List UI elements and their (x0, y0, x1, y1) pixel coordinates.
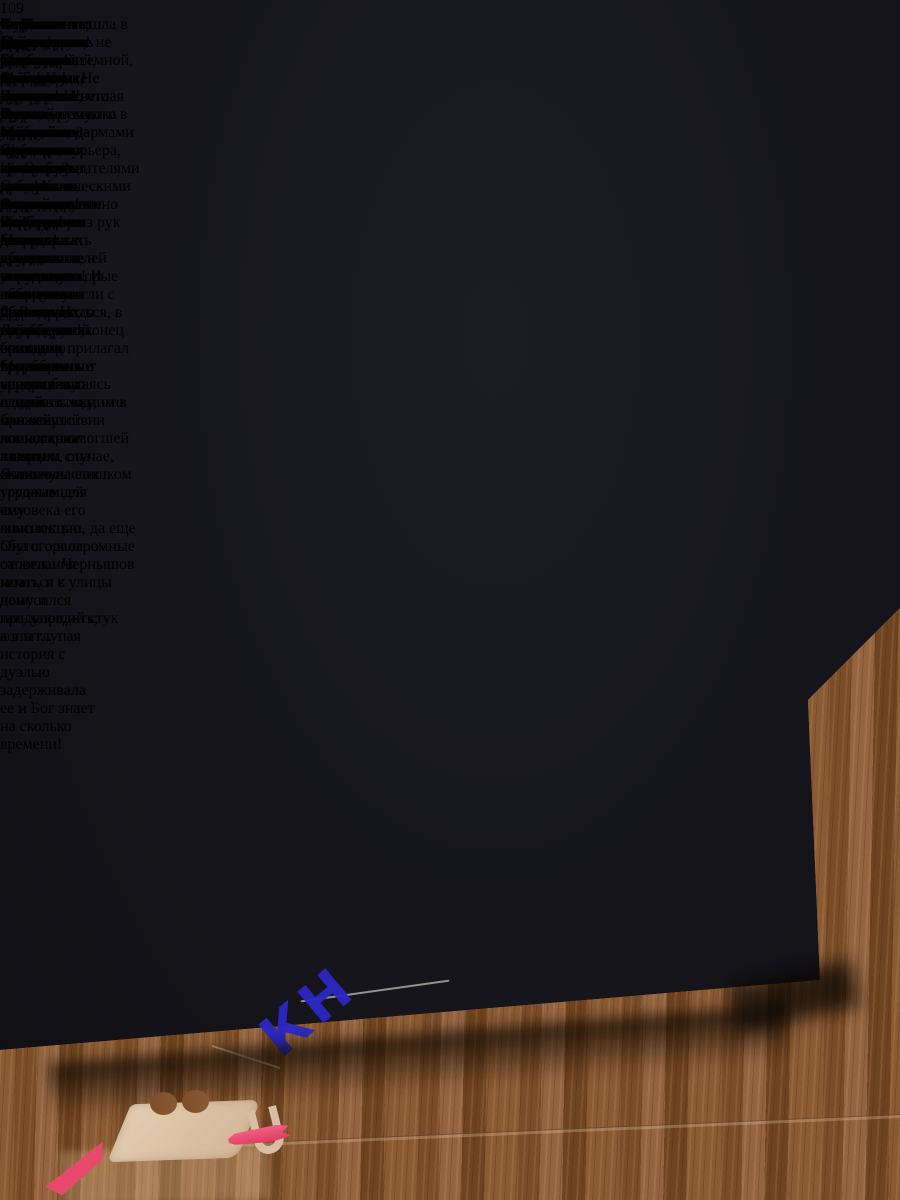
sticker-body (107, 1100, 261, 1162)
sticker-bite-notch (150, 1092, 177, 1115)
book-product-photo: КН что вы посме-царь.роме Императо-моего… (0, 0, 900, 1200)
sticker-bite-notch (182, 1090, 209, 1113)
book-logo-sticker (80, 1088, 310, 1198)
page-number: 109 (0, 0, 24, 18)
